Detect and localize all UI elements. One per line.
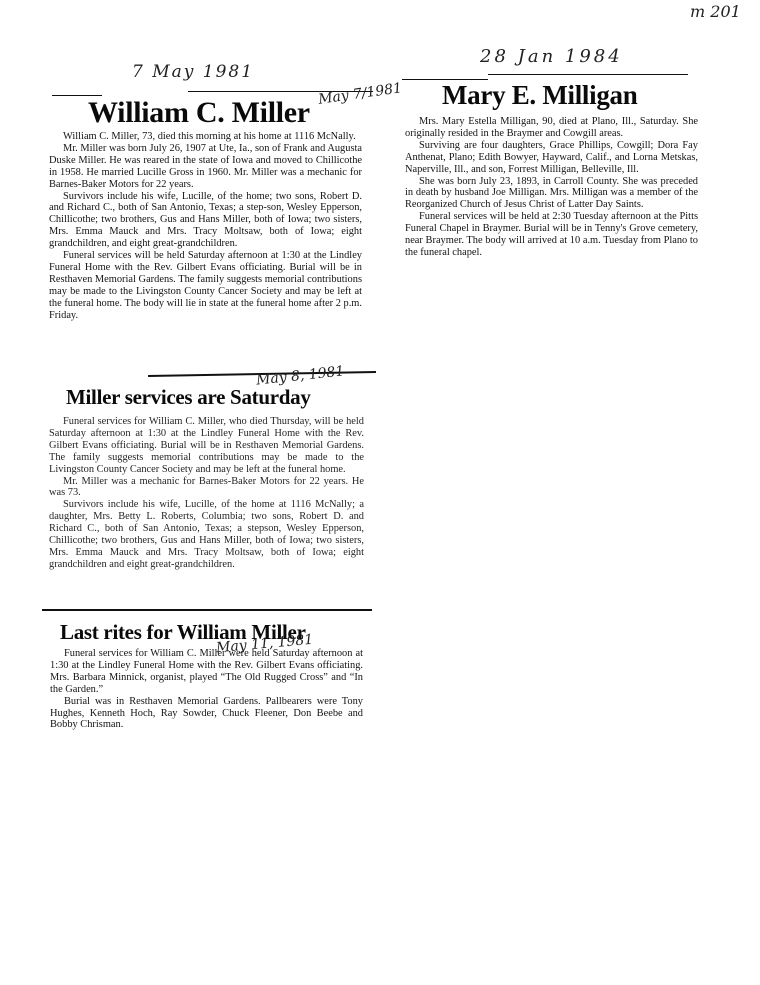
article-body: Mrs. Mary Estella Milligan, 90, died at … [405, 116, 698, 259]
article-body: Funeral services for William C. Miller w… [50, 648, 363, 731]
page-mark: m 201 [690, 2, 741, 21]
paragraph: Funeral services for William C. Miller, … [49, 416, 364, 476]
headline: Miller services are Saturday [66, 385, 311, 410]
paragraph: Funeral services will be held at 2:30 Tu… [405, 211, 698, 259]
paragraph: Funeral services for William C. Miller w… [50, 648, 363, 696]
article-body: William C. Miller, 73, died this morning… [49, 131, 362, 322]
paragraph: Survivors include his wife, Lucille, of … [49, 191, 362, 251]
handwritten-date: 7 May 1981 [132, 62, 254, 82]
paragraph: Mrs. Mary Estella Milligan, 90, died at … [405, 116, 698, 140]
paragraph: Mr. Miller was born July 26, 1907 at Ute… [49, 143, 362, 191]
paragraph: Funeral services will be held Saturday a… [49, 250, 362, 321]
paragraph: She was born July 23, 1893, in Carroll C… [405, 176, 698, 212]
divider-rule [488, 74, 688, 75]
paragraph: Mr. Miller was a mechanic for Barnes-Bak… [49, 476, 364, 500]
article-body: Funeral services for William C. Miller, … [49, 416, 364, 571]
paragraph: Burial was in Resthaven Memorial Gardens… [50, 696, 363, 732]
paragraph: Surviving are four daughters, Grace Phil… [405, 140, 698, 176]
handwritten-date: 28 Jan 1984 [480, 46, 623, 67]
divider-rule [42, 609, 372, 611]
handwritten-margin-note: May 7/1981 [317, 80, 403, 108]
paragraph: Survivors include his wife, Lucille, of … [49, 499, 364, 570]
headline: William C. Miller [88, 96, 310, 130]
paragraph: William C. Miller, 73, died this morning… [49, 131, 362, 143]
headline: Mary E. Milligan [442, 80, 637, 111]
